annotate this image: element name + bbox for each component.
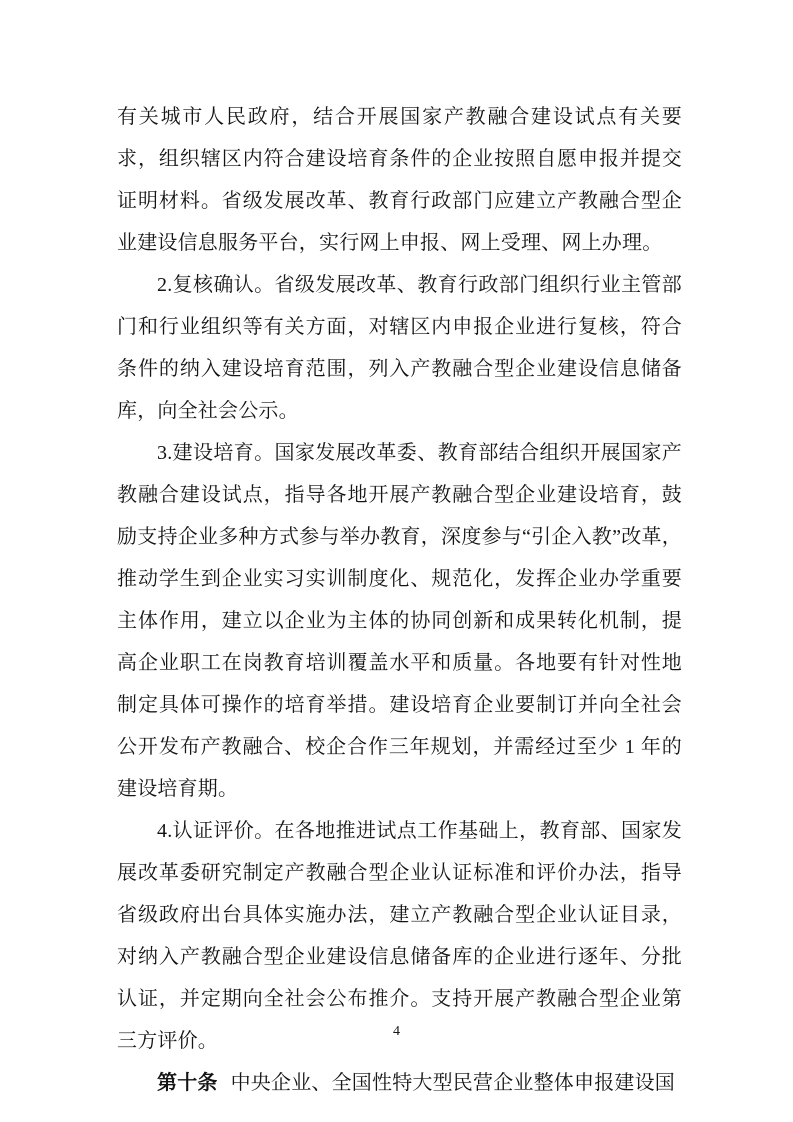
paragraph-step3-construction-cultivation: 3.建设培育。国家发展改革委、教育部结合组织开展国家产教融合建设试点，指导各地开…	[117, 432, 682, 810]
article-number-label: 第十条	[157, 1072, 218, 1094]
paragraph-step2-review-confirm: 2.复核确认。省级发展改革、教育行政部门组织行业主管部门和行业组织等有关方面，对…	[117, 264, 682, 432]
paragraph-application-process: 有关城市人民政府，结合开展国家产教融合建设试点有关要求，组织辖区内符合建设培育条…	[117, 96, 682, 264]
document-page: 有关城市人民政府，结合开展国家产教融合建设试点有关要求，组织辖区内符合建设培育条…	[0, 0, 793, 1122]
page-number: 4	[0, 1022, 793, 1042]
document-body: 有关城市人民政府，结合开展国家产教融合建设试点有关要求，组织辖区内符合建设培育条…	[117, 96, 682, 1104]
paragraph-article-10: 第十条中央企业、全国性特大型民营企业整体申报建设国	[117, 1062, 682, 1104]
article-10-text: 中央企业、全国性特大型民营企业整体申报建设国	[231, 1072, 675, 1094]
